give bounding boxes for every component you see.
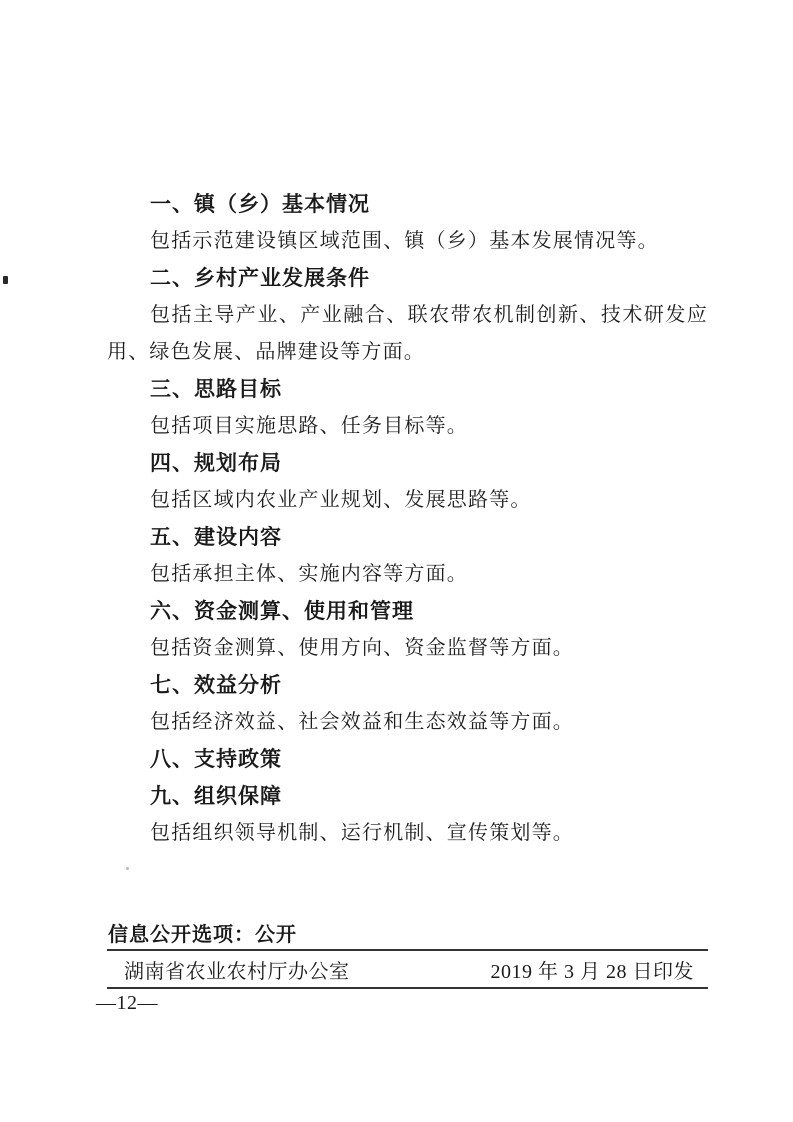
- section-heading: 四、规划布局: [107, 445, 708, 482]
- section-heading: 二、乡村产业发展条件: [107, 260, 708, 297]
- section-paragraph: 包括项目实施思路、任务目标等。: [107, 408, 708, 445]
- issuing-office: 湖南省农业农村厅办公室: [124, 955, 350, 984]
- section-paragraph: 包括主导产业、产业融合、联农带农机制创新、技术研发应用、绿色发展、品牌建设等方面…: [107, 297, 708, 371]
- section-heading: 八、支持政策: [107, 741, 708, 778]
- section-heading: 九、组织保障: [107, 778, 708, 815]
- section-paragraph: 包括资金测算、使用方向、资金监督等方面。: [107, 630, 708, 667]
- section-paragraph: 包括区域内农业产业规划、发展思路等。: [107, 482, 708, 519]
- section-heading: 六、资金测算、使用和管理: [107, 593, 708, 630]
- section-heading: 七、效益分析: [107, 667, 708, 704]
- issuer-row: 湖南省农业农村厅办公室 2019 年 3 月 28 日印发: [107, 951, 708, 987]
- document-body: 一、镇（乡）基本情况包括示范建设镇区域范围、镇（乡）基本发展情况等。二、乡村产业…: [107, 186, 708, 852]
- disclosure-label: 信息公开选项：: [108, 924, 255, 946]
- disclosure-line: 信息公开选项：公开: [108, 922, 297, 949]
- section-paragraph: 包括经济效益、社会效益和生态效益等方面。: [107, 704, 708, 741]
- section-heading: 五、建设内容: [107, 519, 708, 556]
- footer-divider-bottom: [107, 987, 708, 989]
- section-paragraph: 包括示范建设镇区域范围、镇（乡）基本发展情况等。: [107, 223, 708, 260]
- disclosure-value: 公开: [255, 924, 297, 946]
- scan-artifact-speck: [3, 276, 8, 284]
- section-paragraph: 包括承担主体、实施内容等方面。: [107, 556, 708, 593]
- section-heading: 一、镇（乡）基本情况: [107, 186, 708, 223]
- page-number: —12—: [96, 992, 158, 1015]
- scanned-document-page: 一、镇（乡）基本情况包括示范建设镇区域范围、镇（乡）基本发展情况等。二、乡村产业…: [0, 0, 793, 1122]
- scan-artifact-speck: [126, 867, 129, 870]
- section-heading: 三、思路目标: [107, 371, 708, 408]
- print-date: 2019 年 3 月 28 日印发: [491, 955, 695, 984]
- section-paragraph: 包括组织领导机制、运行机制、宣传策划等。: [107, 815, 708, 852]
